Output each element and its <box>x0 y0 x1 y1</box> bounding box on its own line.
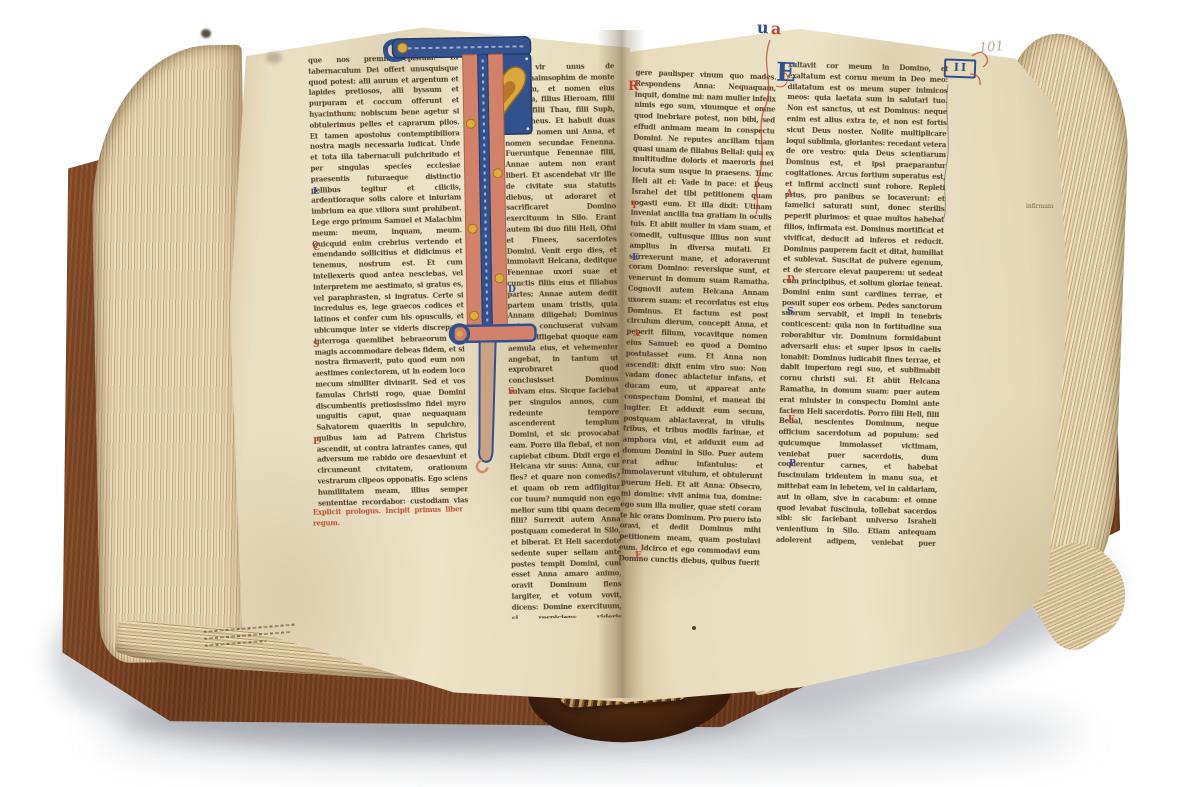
marker-penwork-descender <box>944 84 948 218</box>
gold-bezant <box>468 224 477 233</box>
gold-bezant <box>493 169 502 178</box>
versal-letter: E <box>632 254 639 263</box>
inscription-line <box>205 639 267 646</box>
versal-letter: T <box>631 202 638 211</box>
penwork-flourishes <box>610 18 1090 298</box>
gold-bezant <box>470 311 479 320</box>
gold-bezant <box>466 119 475 128</box>
ink-stain <box>201 29 211 38</box>
versal-letter: A <box>786 190 793 199</box>
versal-letter: D <box>508 286 516 295</box>
page-edges-left <box>90 45 253 664</box>
versal-letter: S <box>787 308 794 317</box>
initial-E-penwork <box>776 72 788 87</box>
marginal-correction: infirmam <box>1026 203 1054 210</box>
initial-F-artwork <box>374 23 542 476</box>
gold-knob <box>397 43 407 53</box>
illuminated-initial-F <box>374 23 542 476</box>
versal-letter: D <box>787 276 795 285</box>
inscription-line <box>204 630 292 639</box>
versal-letter: E <box>313 438 320 447</box>
versal-letter: R <box>628 80 639 93</box>
marker-penwork-curl-2 <box>970 74 980 85</box>
versal-letter: E <box>635 552 642 561</box>
versal-letter: L <box>313 188 319 197</box>
versal-letter: P <box>789 460 796 469</box>
versal-letter: A <box>633 330 640 339</box>
versal-letter: E <box>788 416 795 425</box>
manuscript-photo: que nos premit epistula. In tabernaculum… <box>0 0 1200 787</box>
versal-letter: C <box>313 244 320 253</box>
smudge <box>266 52 282 63</box>
gold-bezant <box>495 274 504 283</box>
versal-letter: S <box>508 388 515 397</box>
versal-letter: S <box>313 341 320 350</box>
marker-penwork-curl <box>972 53 987 68</box>
rubric-explicit-incipit: Explicit prologus. Incipit primus liber … <box>313 504 464 533</box>
ink-dot <box>692 626 696 630</box>
header-penwork-tail <box>756 40 770 214</box>
initial-tail <box>477 341 498 462</box>
